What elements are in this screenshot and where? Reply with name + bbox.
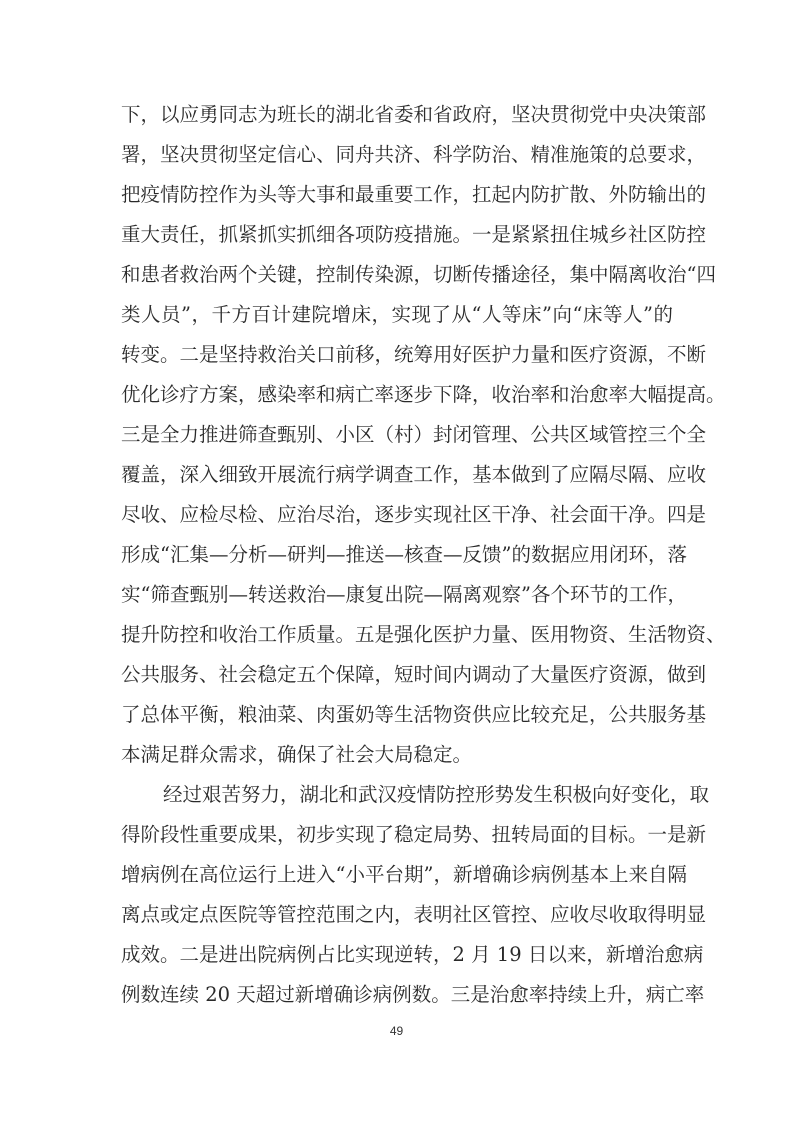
text-line: 得阶段性重要成果，初步实现了稳定局势、扭转局面的目标。一是新 [121,820,673,860]
text-line: 提升防控和收治工作质量。五是强化医护力量、医用物资、生活物资、 [121,620,673,660]
text-line: 把疫情防控作为头等大事和最重要工作，扛起内防扩散、外防输出的 [121,180,673,220]
text-line: 经过艰苦努力，湖北和武汉疫情防控形势发生积极向好变化，取 [121,780,673,820]
paragraph-1: 下，以应勇同志为班长的湖北省委和省政府，坚决贯彻党中央决策部 署，坚决贯彻坚定信… [121,100,673,780]
text-line: 了总体平衡，粮油菜、肉蛋奶等生活物资供应比较充足，公共服务基 [121,700,673,740]
body-text: 下，以应勇同志为班长的湖北省委和省政府，坚决贯彻党中央决策部 署，坚决贯彻坚定信… [121,100,673,1020]
paragraph-2: 经过艰苦努力，湖北和武汉疫情防控形势发生积极向好变化，取 得阶段性重要成果，初步… [121,780,673,1020]
page-number: 49 [0,1024,793,1038]
text-line: 尽收、应检尽检、应治尽治，逐步实现社区干净、社会面干净。四是 [121,500,673,540]
text-line: 和患者救治两个关键，控制传染源，切断传播途径，集中隔离收治“四 [121,260,673,300]
text-line: 实“筛查甄别—转送救治—康复出院—隔离观察”各个环节的工作， [121,580,673,620]
text-line: 公共服务、社会稳定五个保障，短时间内调动了大量医疗资源，做到 [121,660,673,700]
text-line: 优化诊疗方案，感染率和病亡率逐步下降，收治率和治愈率大幅提高。 [121,380,673,420]
text-line: 重大责任，抓紧抓实抓细各项防疫措施。一是紧紧扭住城乡社区防控 [121,220,673,260]
text-line: 增病例在高位运行上进入“小平台期”，新增确诊病例基本上来自隔 [121,860,673,900]
text-line: 类人员”，千方百计建院增床，实现了从“人等床”向“床等人”的 [121,300,673,340]
text-line: 形成“汇集—分析—研判—推送—核查—反馈”的数据应用闭环，落 [121,540,673,580]
text-line: 下，以应勇同志为班长的湖北省委和省政府，坚决贯彻党中央决策部 [121,100,673,140]
text-line: 成效。二是进出院病例占比实现逆转，2 月 19 日以来，新增治愈病 [121,940,673,980]
text-line: 署，坚决贯彻坚定信心、同舟共济、科学防治、精准施策的总要求， [121,140,673,180]
text-line: 转变。二是坚持救治关口前移，统筹用好医护力量和医疗资源，不断 [121,340,673,380]
text-line: 例数连续 20 天超过新增确诊病例数。三是治愈率持续上升，病亡率 [121,980,673,1020]
text-line: 离点或定点医院等管控范围之内，表明社区管控、应收尽收取得明显 [121,900,673,940]
document-page: 下，以应勇同志为班长的湖北省委和省政府，坚决贯彻党中央决策部 署，坚决贯彻坚定信… [0,0,793,1122]
text-line: 本满足群众需求，确保了社会大局稳定。 [121,740,673,780]
text-line: 覆盖，深入细致开展流行病学调查工作，基本做到了应隔尽隔、应收 [121,460,673,500]
text-line: 三是全力推进筛查甄别、小区（村）封闭管理、公共区域管控三个全 [121,420,673,460]
